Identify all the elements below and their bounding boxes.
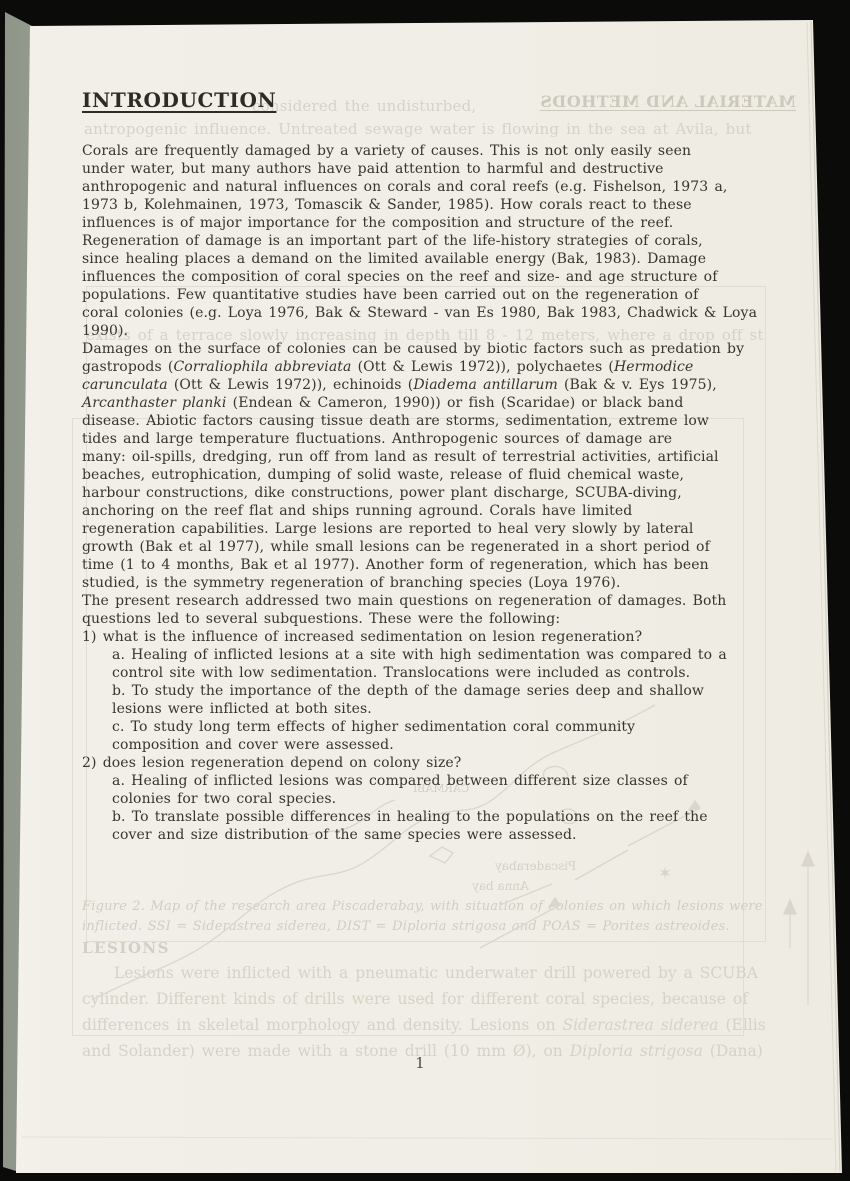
text-line: b. To translate possible differences in …: [82, 808, 798, 826]
text-line: Arcanthaster planki (Endean & Cameron, 1…: [82, 394, 798, 412]
text-line: influences the composition of coral spec…: [82, 268, 798, 286]
text-line: growth (Bak et al 1977), while small les…: [82, 538, 798, 556]
text-line: composition and cover were assessed.: [82, 736, 798, 754]
text-line: gastropods (Corraliophila abbreviata (Ot…: [82, 358, 798, 376]
text-line: anchoring on the reef flat and ships run…: [82, 502, 798, 520]
text-line: many: oil-spills, dredging, run off from…: [82, 448, 798, 466]
scanned-page-canvas: considered the undisturbed, MATERIAL AND…: [0, 0, 850, 1181]
text-line: 2) does lesion regeneration depend on co…: [82, 754, 798, 772]
text-line: 1990).: [82, 322, 798, 340]
page-number: 1: [403, 1054, 437, 1072]
text-line: disease. Abiotic factors causing tissue …: [82, 412, 798, 430]
body-text: Corals are frequently damaged by a varie…: [82, 142, 798, 844]
text-line: control site with low sedimentation. Tra…: [82, 664, 798, 682]
text-line: Regeneration of damage is an important p…: [82, 232, 798, 250]
text-line: tides and large temperature fluctuations…: [82, 430, 798, 448]
text-line: regeneration capabilities. Large lesions…: [82, 520, 798, 538]
text-line: lesions were inflicted at both sites.: [82, 700, 798, 718]
text-line: anthropogenic and natural influences on …: [82, 178, 798, 196]
text-line: beaches, eutrophication, dumping of soli…: [82, 466, 798, 484]
text-line: time (1 to 4 months, Bak et al 1977). An…: [82, 556, 798, 574]
text-line: influences is of major importance for th…: [82, 214, 798, 232]
text-line: Damages on the surface of colonies can b…: [82, 340, 798, 358]
text-line: The present research addressed two main …: [82, 592, 798, 610]
page-title: INTRODUCTION: [82, 88, 276, 112]
text-line: b. To study the importance of the depth …: [82, 682, 798, 700]
text-line: a. Healing of inflicted lesions at a sit…: [82, 646, 798, 664]
text-line: under water, but many authors have paid …: [82, 160, 798, 178]
paper-page: considered the undisturbed, MATERIAL AND…: [0, 0, 850, 1181]
text-line: colonies for two coral species.: [82, 790, 798, 808]
text-line: 1) what is the influence of increased se…: [82, 628, 798, 646]
text-line: 1973 b, Kolehmainen, 1973, Tomascik & Sa…: [82, 196, 798, 214]
text-line: a. Healing of inflicted lesions was comp…: [82, 772, 798, 790]
scan-background: { "page": { "heading": "INTRODUCTION", "…: [0, 0, 850, 1181]
text-line: carunculata (Ott & Lewis 1972)), echinoi…: [82, 376, 798, 394]
text-line: since healing places a demand on the lim…: [82, 250, 798, 268]
text-line: populations. Few quantitative studies ha…: [82, 286, 798, 304]
text-line: studied, is the symmetry regeneration of…: [82, 574, 798, 592]
text-line: Corals are frequently damaged by a varie…: [82, 142, 798, 160]
text-line: coral colonies (e.g. Loya 1976, Bak & St…: [82, 304, 798, 322]
text-line: c. To study long term effects of higher …: [82, 718, 798, 736]
text-line: questions led to several subquestions. T…: [82, 610, 798, 628]
text-line: harbour constructions, dike construction…: [82, 484, 798, 502]
text-line: cover and size distribution of the same …: [82, 826, 798, 844]
